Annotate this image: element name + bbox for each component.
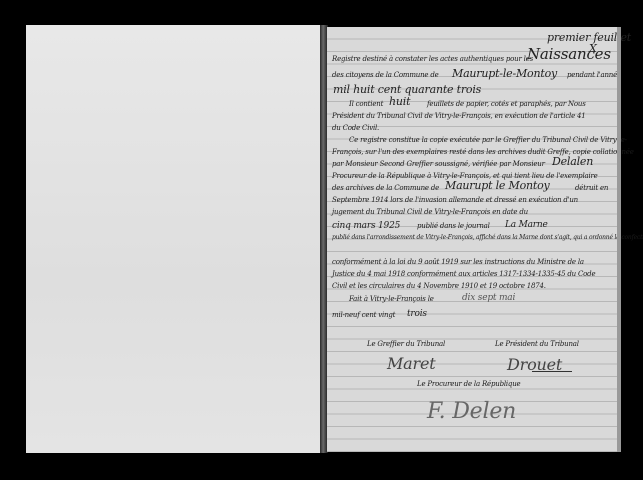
text-line-19: Civil et les circulaires du 4 Novembre 1… (332, 282, 546, 290)
text-line-1: Registre destiné à constater les actes a… (332, 55, 533, 63)
text-line-5: Président du Tribunal Civil de Vitry-le-… (332, 112, 586, 120)
title-word: Naissances (527, 45, 611, 63)
text-line-2: des citoyens de la Commune de (332, 71, 439, 79)
feuillets-count: huit (389, 95, 410, 108)
procureur-label: Le Procureur de la République (417, 380, 520, 388)
fait-year: trois (407, 309, 427, 319)
date-jugement: cinq mars 1925 (332, 221, 400, 231)
text-line-13: Septembre 1914 lors de l'invasion allema… (332, 196, 578, 204)
page-edge (617, 27, 621, 452)
text-line-9: par Monsieur Second Greffier soussigné, … (332, 160, 545, 168)
left-blank-page (26, 25, 322, 453)
text-line-21: mil-neuf cent vingt (332, 311, 395, 319)
commune-name: Maurupt-le-Montoy (452, 67, 557, 80)
greffier-signature: Maret (387, 354, 435, 373)
text-line-18: Justice du 4 mai 1918 conformément aux a… (332, 270, 595, 278)
text-line-7: Ce registre constitue la copie exécutée … (349, 136, 627, 144)
text-line-16: publié dans l'arrondissement de Vitry-le… (332, 234, 643, 241)
text-line-17: conformément à la loi du 9 août 1919 sur… (332, 258, 584, 266)
text-line-14: jugement du Tribunal Civil de Vitry-le-F… (332, 208, 528, 216)
procureur-name: Delalen (552, 155, 593, 168)
text-line-4: feuillets de papier, cotés et paraphés, … (427, 100, 586, 108)
procureur-signature: F. Delen (427, 399, 516, 424)
text-line-6: du Code Civil. (332, 124, 379, 132)
greffier-label: Le Greffier du Tribunal (367, 340, 445, 348)
text-line-12: détruit en (575, 184, 608, 192)
text-line-20: Fait à Vitry-le-François le (349, 295, 434, 303)
text-line-15: publié dans le journal (417, 222, 490, 230)
text-line-11: des archives de la Commune de (332, 184, 439, 192)
commune-again: Maurupt le Montoy (445, 179, 550, 192)
right-register-page: premier feuillet X Registre destiné à co… (327, 27, 618, 452)
text-line-3: Il contient (349, 100, 383, 108)
president-label: Le Président du Tribunal (495, 340, 579, 348)
journal-name: La Marne (505, 220, 548, 230)
signature-underline (532, 371, 572, 372)
year-suffix: pendant l'année (567, 71, 621, 79)
fait-date: dix sept mai (462, 293, 515, 303)
